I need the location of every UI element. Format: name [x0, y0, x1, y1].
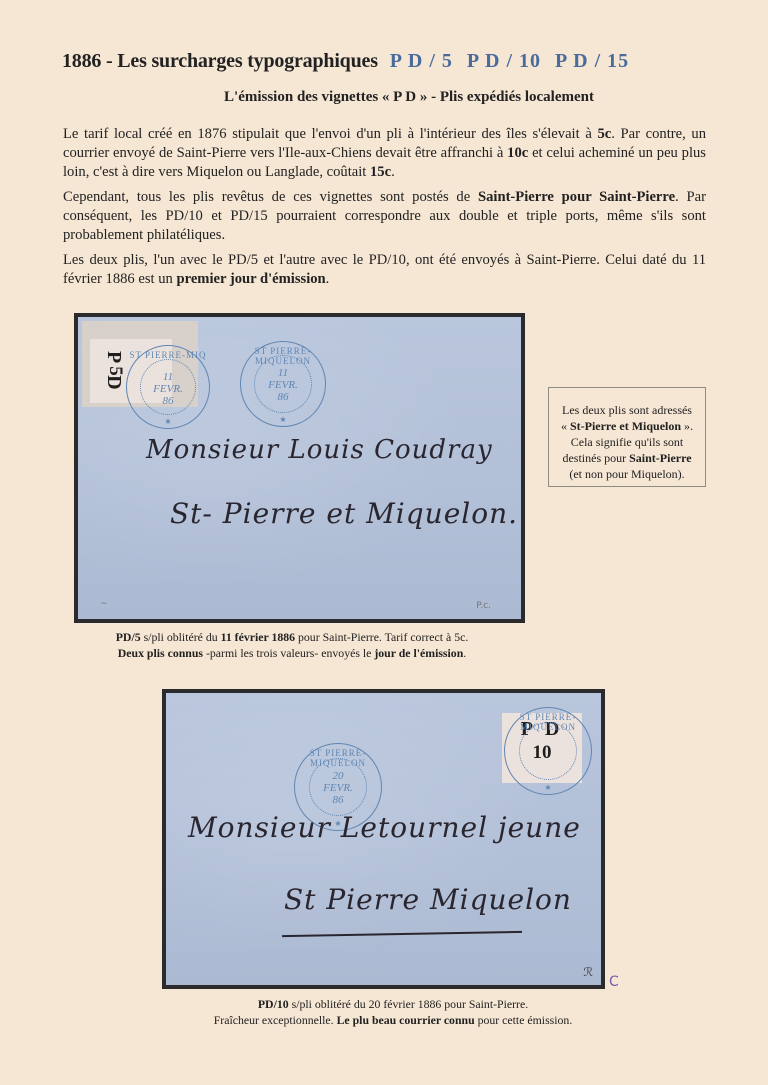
cover-pd10-image: ST PIERRE-MIQUELON 20FEVR.86 ★ P D 10 ST… [162, 689, 605, 989]
page-title: 1886 - Les surcharges typographiquesP D … [62, 50, 629, 73]
value-pd15: P D / 15 [555, 50, 629, 72]
cover-pd5-image: P D 5 ST PIERRE-MIQ 11FEVR.86 ★ ST PIERR… [74, 313, 525, 623]
cover-pd10-caption: PD/10 s/pli oblitéré du 20 février 1886 … [18, 996, 768, 1028]
postmark-main: ST PIERRE-MIQUELON 11FEVR.86 ★ [240, 341, 326, 427]
value-pd5: P D / 5 [390, 50, 453, 72]
cover-pd5-caption: PD/5 s/pli oblitéré du 11 février 1886 p… [0, 629, 598, 661]
address-recipient: Monsieur Letournel jeune [188, 811, 581, 844]
catalog-marker: C [609, 974, 619, 990]
star-icon: ★ [505, 783, 591, 792]
address-destination: St- Pierre et Miquelon. [170, 497, 518, 530]
pencil-mark-left: ~ [100, 599, 108, 609]
intro-paragraph-tariff: Le tarif local créé en 1876 stipulait qu… [63, 125, 706, 182]
address-note-box: Les deux plis sont adressés « St-Pierre … [548, 387, 706, 487]
star-icon: ★ [241, 415, 325, 424]
star-icon: ★ [127, 417, 209, 426]
pencil-mark-right: P.c. [476, 601, 491, 611]
value-pd10: P D / 10 [467, 50, 541, 72]
pencil-mark-right: ℛ [583, 965, 593, 979]
postmark-on-stamp: ST PIERRE-MIQ 11FEVR.86 ★ [126, 345, 210, 429]
address-recipient: Monsieur Louis Coudray [146, 435, 493, 465]
stamp-value: 5 [105, 366, 125, 376]
intro-paragraph-local-mail: Cependant, tous les plis revêtus de ces … [63, 188, 706, 245]
title-text: 1886 - Les surcharges typographiques [62, 50, 378, 72]
intro-paragraph-two-covers: Les deux plis, l'un avec le PD/5 et l'au… [63, 251, 706, 289]
address-destination: St Pierre Miquelon [284, 883, 572, 916]
postmark-on-stamp: ST PIERRE-MIQUELON ★ [504, 707, 592, 795]
page-subtitle: L'émission des vignettes « P D » - Plis … [0, 89, 768, 106]
